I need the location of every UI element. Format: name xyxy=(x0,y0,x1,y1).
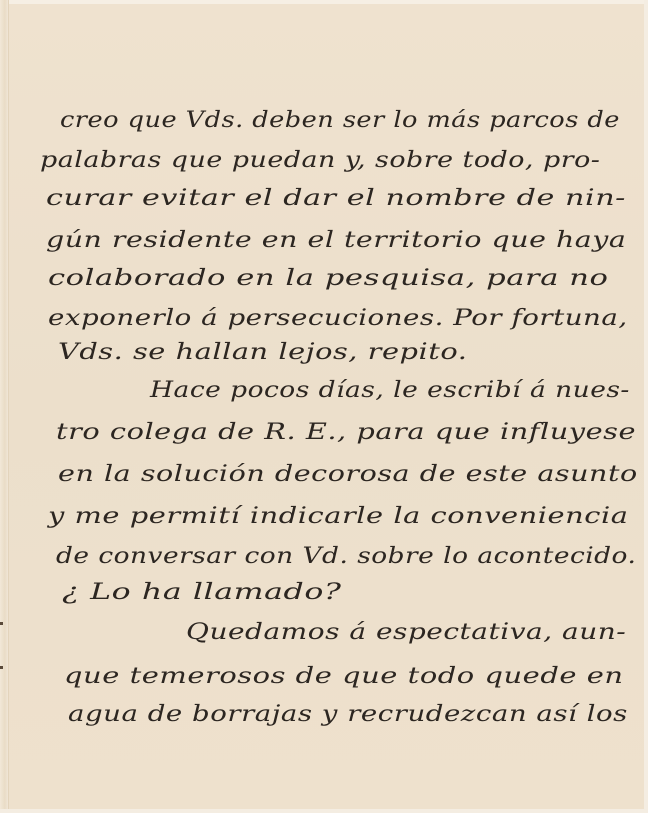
handwritten-line: gún residente en el territorio que haya xyxy=(46,228,626,253)
handwritten-line: y me permití indicarle la conveniencia xyxy=(48,504,628,529)
handwritten-line: tro colega de R. E., para que influyese xyxy=(56,420,636,445)
paper-top-edge xyxy=(0,0,648,4)
paper-bottom-edge xyxy=(0,809,648,813)
margin-mark xyxy=(0,666,3,669)
handwritten-line: agua de borrajas y recrudezcan así los xyxy=(68,702,628,727)
handwritten-line: Vds. se hallan lejos, repito. xyxy=(58,340,467,365)
handwritten-line: creo que Vds. deben ser lo más parcos de xyxy=(60,108,620,133)
handwritten-line: curar evitar el dar el nombre de nin- xyxy=(46,186,626,211)
handwritten-line: palabras que puedan y, sobre todo, pro- xyxy=(40,148,600,173)
margin-mark xyxy=(0,622,3,625)
handwritten-line: Quedamos á espectativa, aun- xyxy=(186,620,626,645)
handwritten-line: exponerlo á persecuciones. Por fortuna, xyxy=(48,306,628,331)
paper-right-edge xyxy=(644,0,648,813)
handwritten-line: que temerosos de que todo quede en xyxy=(64,664,624,689)
handwritten-line: en la solución decorosa de este asunto xyxy=(58,462,638,487)
handwritten-line: de conversar con Vd. sobre lo acontecido… xyxy=(56,544,636,569)
letter-page: creo que Vds. deben ser lo más parcos de… xyxy=(0,0,648,813)
handwritten-line: Hace pocos días, le escribí á nues- xyxy=(150,378,630,403)
handwritten-line: colaborado en la pesquisa, para no xyxy=(48,266,609,291)
handwritten-line: ¿ Lo ha llamado? xyxy=(62,580,341,605)
paper-left-edge xyxy=(0,0,9,813)
